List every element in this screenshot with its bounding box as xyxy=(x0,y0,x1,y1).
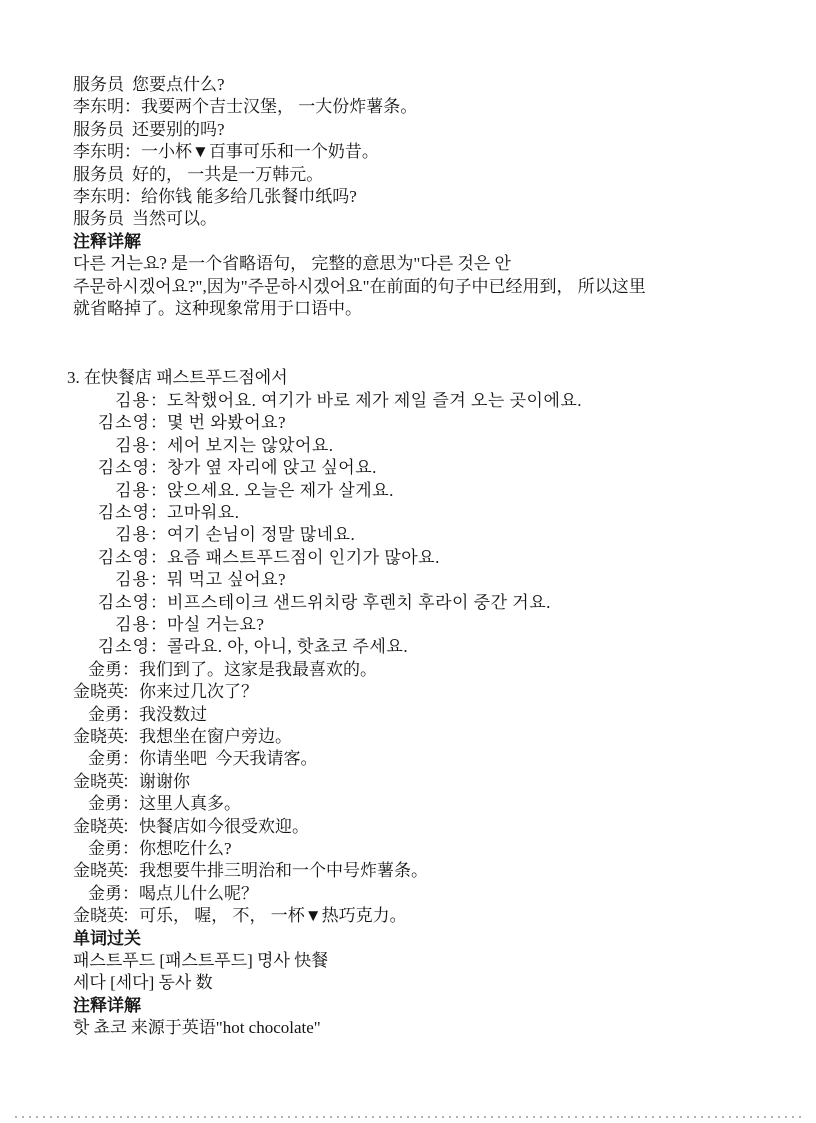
speaker-separator: ： xyxy=(122,860,139,882)
dialogue-line: 李东明 ： 一小杯▼百事可乐和一个奶昔。 xyxy=(73,141,796,163)
speaker-separator: ： xyxy=(122,704,139,726)
note2-heading: 注释详解 xyxy=(73,995,796,1017)
note-line: 핫 쵸코 来源于英语"hot chocolate" xyxy=(73,1017,796,1039)
korean-dialogue: 김용 ： 도착했어요. 여기가 바로 제가 제일 즐겨 오는 곳이에요. 김소영… xyxy=(73,390,796,659)
dotted-divider xyxy=(15,1116,801,1118)
speaker-name: 金勇 xyxy=(73,704,122,726)
speaker-separator: ： xyxy=(122,905,139,927)
dialogue-line: 服务员 还要别的吗? xyxy=(73,119,796,141)
speaker-separator: ： xyxy=(150,390,167,412)
speaker-name: 김소영 xyxy=(73,636,150,658)
speaker-separator: ： xyxy=(122,726,139,748)
speaker-separator: ： xyxy=(124,141,141,163)
speaker-name: 李东明 xyxy=(73,186,124,208)
dialogue-line: 李东明 ： 给你钱 能多给几张餐巾纸吗? xyxy=(73,186,796,208)
dialogue-line: 服务员 您要点什么? xyxy=(73,74,796,96)
dialogue-text: 这里人真多。 xyxy=(139,793,241,815)
dialogue-text: 콜라요. 아, 아니, 핫쵸코 주세요. xyxy=(167,636,408,658)
speaker-name: 김용 xyxy=(73,480,150,502)
vocab-entry: 세다 [세다] 동사 数 xyxy=(73,972,796,994)
speaker-separator: ： xyxy=(122,816,139,838)
speaker-name: 服务员 xyxy=(73,119,124,141)
speaker-separator: ： xyxy=(122,748,139,770)
dialogue-line: 服务员 当然可以。 xyxy=(73,208,796,230)
speaker-separator: ： xyxy=(150,502,167,524)
speaker-separator xyxy=(124,164,132,186)
dialogue-waiter-section: 服务员 您要点什么? 李东明 ： 我要两个吉士汉堡， 一大份炸薯条。 服务员 还… xyxy=(73,74,796,231)
dialogue-line: 김용 ： 뭐 먹고 싶어요? xyxy=(73,569,796,591)
dialogue-line: 金勇 ： 这里人真多。 xyxy=(73,793,796,815)
dialogue-text: 快餐店如今很受欢迎。 xyxy=(139,816,309,838)
dialogue-text: 몇 번 와봤어요? xyxy=(167,412,286,434)
speaker-name: 服务员 xyxy=(73,208,124,230)
speaker-separator: ： xyxy=(150,547,167,569)
note-line: 주문하시겠어요?",因为"주문하시겠어요"在前面的句子中已经用到， 所以这里 xyxy=(73,276,796,298)
section3-heading: 3. 在快餐店 패스트푸드점에서 xyxy=(67,367,796,389)
section-gap xyxy=(73,320,796,367)
dialogue-line: 金勇 ： 我没数过 xyxy=(73,704,796,726)
speaker-separator: ： xyxy=(122,771,139,793)
dialogue-text: 你想吃什么? xyxy=(139,838,232,860)
dialogue-text: 我想坐在窗户旁边。 xyxy=(139,726,292,748)
note1-heading: 注释详解 xyxy=(73,231,796,253)
dialogue-text: 您要点什么? xyxy=(132,74,225,96)
speaker-name: 金晓英 xyxy=(73,771,122,793)
dialogue-text: 可乐， 喔， 不， 一杯▼热巧克力。 xyxy=(139,905,407,927)
dialogue-text: 마실 거는요? xyxy=(167,614,264,636)
speaker-name: 金晓英 xyxy=(73,816,122,838)
dialogue-line: 김용 ： 도착했어요. 여기가 바로 제가 제일 즐겨 오는 곳이에요. xyxy=(73,390,796,412)
speaker-name: 金晓英 xyxy=(73,726,122,748)
dialogue-text: 여기 손님이 정말 많네요. xyxy=(167,524,355,546)
speaker-separator xyxy=(124,208,132,230)
speaker-name: 김소영 xyxy=(73,592,150,614)
speaker-name: 金晓英 xyxy=(73,860,122,882)
dialogue-text: 창가 옆 자리에 앉고 싶어요. xyxy=(167,457,377,479)
speaker-separator: ： xyxy=(150,480,167,502)
dialogue-line: 李东明 ： 我要两个吉士汉堡， 一大份炸薯条。 xyxy=(73,96,796,118)
dialogue-text: 我要两个吉士汉堡， 一大份炸薯条。 xyxy=(141,96,417,118)
dialogue-line: 金勇 ： 你想吃什么? xyxy=(73,838,796,860)
dialogue-line: 김용 ： 여기 손님이 정말 많네요. xyxy=(73,524,796,546)
speaker-name: 김소영 xyxy=(73,502,150,524)
speaker-name: 金勇 xyxy=(73,883,122,905)
speaker-separator: ： xyxy=(122,659,139,681)
dialogue-text: 给你钱 能多给几张餐巾纸吗? xyxy=(141,186,357,208)
dialogue-text: 一小杯▼百事可乐和一个奶昔。 xyxy=(141,141,379,163)
speaker-separator: ： xyxy=(150,524,167,546)
speaker-separator: ： xyxy=(150,457,167,479)
dialogue-line: 金晓英 ： 我想坐在窗户旁边。 xyxy=(73,726,796,748)
dialogue-text: 我想要牛排三明治和一个中号炸薯条。 xyxy=(139,860,428,882)
vocab-entry: 패스트푸드 [패스트푸드] 명사 快餐 xyxy=(73,950,796,972)
dialogue-line: 金晓英 ： 你来过几次了？ xyxy=(73,681,796,703)
notes-section-2: 핫 쵸코 来源于英语"hot chocolate" xyxy=(73,1017,796,1039)
dialogue-line: 服务员 好的， 一共是一万韩元。 xyxy=(73,164,796,186)
note-line: 다른 거는요? 是一个省略语句， 完整的意思为"다른 것은 안 xyxy=(73,253,796,275)
dialogue-text: 当然可以。 xyxy=(132,208,217,230)
speaker-name: 김용 xyxy=(73,569,150,591)
note-line: 就省略掉了。这种现象常用于口语中。 xyxy=(73,298,796,320)
speaker-separator: ： xyxy=(150,614,167,636)
speaker-name: 金勇 xyxy=(73,659,122,681)
dialogue-line: 金晓英 ： 我想要牛排三明治和一个中号炸薯条。 xyxy=(73,860,796,882)
speaker-separator: ： xyxy=(150,592,167,614)
dialogue-line: 김용 ： 앉으세요. 오늘은 제가 살게요. xyxy=(73,480,796,502)
dialogue-text: 앉으세요. 오늘은 제가 살게요. xyxy=(167,480,394,502)
speaker-name: 金勇 xyxy=(73,838,122,860)
dialogue-line: 김용 ： 세어 보지는 않았어요. xyxy=(73,435,796,457)
vocabulary-section: 패스트푸드 [패스트푸드] 명사 快餐 세다 [세다] 동사 数 xyxy=(73,950,796,995)
speaker-name: 김용 xyxy=(73,614,150,636)
dialogue-line: 金晓英 ： 谢谢你 xyxy=(73,771,796,793)
speaker-name: 김용 xyxy=(73,435,150,457)
speaker-separator xyxy=(124,74,132,96)
dialogue-text: 喝点儿什么呢？ xyxy=(139,883,258,905)
dialogue-text: 세어 보지는 않았어요. xyxy=(167,435,334,457)
dialogue-text: 我们到了。这家是我最喜欢的。 xyxy=(139,659,377,681)
speaker-name: 金晓英 xyxy=(73,905,122,927)
notes-section-1: 다른 거는요? 是一个省略语句， 完整的意思为"다른 것은 안 주문하시겠어요?… xyxy=(73,253,796,320)
dialogue-line: 金勇 ： 我们到了。这家是我最喜欢的。 xyxy=(73,659,796,681)
dialogue-text: 你请坐吧 今天我请客。 xyxy=(139,748,318,770)
dialogue-text: 你来过几次了？ xyxy=(139,681,258,703)
dialogue-line: 金勇 ： 喝点儿什么呢？ xyxy=(73,883,796,905)
speaker-name: 김소영 xyxy=(73,547,150,569)
speaker-name: 服务员 xyxy=(73,74,124,96)
speaker-separator: ： xyxy=(124,186,141,208)
dialogue-line: 김소영 ： 몇 번 와봤어요? xyxy=(73,412,796,434)
dialogue-text: 요즘 패스트푸드점이 인기가 많아요. xyxy=(167,547,440,569)
speaker-separator: ： xyxy=(150,435,167,457)
speaker-separator: ： xyxy=(122,681,139,703)
speaker-name: 金勇 xyxy=(73,793,122,815)
speaker-separator: ： xyxy=(150,636,167,658)
dialogue-line: 김소영 ： 요즘 패스트푸드점이 인기가 많아요. xyxy=(73,547,796,569)
page-content: 服务员 您要点什么? 李东明 ： 我要两个吉士汉堡， 一大份炸薯条。 服务员 还… xyxy=(73,74,796,1040)
speaker-separator: ： xyxy=(122,793,139,815)
dialogue-text: 还要别的吗? xyxy=(132,119,225,141)
dialogue-line: 김용 ： 마실 거는요? xyxy=(73,614,796,636)
speaker-name: 김소영 xyxy=(73,457,150,479)
document-page: 服务员 您要点什么? 李东明 ： 我要两个吉士汉堡， 一大份炸薯条。 服务员 还… xyxy=(0,0,816,1123)
speaker-name: 李东明 xyxy=(73,141,124,163)
chinese-dialogue: 金勇 ： 我们到了。这家是我最喜欢的。 金晓英 ： 你来过几次了？ 金勇 ： 我… xyxy=(73,659,796,928)
dialogue-text: 도착했어요. 여기가 바로 제가 제일 즐겨 오는 곳이에요. xyxy=(167,390,582,412)
dialogue-text: 뭐 먹고 싶어요? xyxy=(167,569,286,591)
speaker-separator xyxy=(124,119,132,141)
dialogue-text: 고마워요. xyxy=(167,502,239,524)
speaker-name: 金勇 xyxy=(73,748,122,770)
speaker-separator: ： xyxy=(122,838,139,860)
dialogue-line: 金勇 ： 你请坐吧 今天我请客。 xyxy=(73,748,796,770)
dialogue-text: 谢谢你 xyxy=(139,771,190,793)
speaker-name: 김소영 xyxy=(73,412,150,434)
speaker-name: 李东明 xyxy=(73,96,124,118)
dialogue-text: 비프스테이크 샌드위치랑 후렌치 후라이 중간 거요. xyxy=(167,592,551,614)
dialogue-text: 我没数过 xyxy=(139,704,207,726)
dialogue-line: 김소영 ： 콜라요. 아, 아니, 핫쵸코 주세요. xyxy=(73,636,796,658)
dialogue-line: 金晓英 ： 可乐， 喔， 不， 一杯▼热巧克力。 xyxy=(73,905,796,927)
speaker-separator: ： xyxy=(124,96,141,118)
dialogue-text: 好的， 一共是一万韩元。 xyxy=(132,164,323,186)
speaker-name: 김용 xyxy=(73,524,150,546)
speaker-name: 服务员 xyxy=(73,164,124,186)
dialogue-line: 金晓英 ： 快餐店如今很受欢迎。 xyxy=(73,816,796,838)
speaker-name: 金晓英 xyxy=(73,681,122,703)
dialogue-line: 김소영 ： 고마워요. xyxy=(73,502,796,524)
vocab-heading: 单词过关 xyxy=(73,928,796,950)
speaker-separator: ： xyxy=(122,883,139,905)
dialogue-line: 김소영 ： 비프스테이크 샌드위치랑 후렌치 후라이 중간 거요. xyxy=(73,592,796,614)
speaker-separator: ： xyxy=(150,569,167,591)
speaker-separator: ： xyxy=(150,412,167,434)
dialogue-line: 김소영 ： 창가 옆 자리에 앉고 싶어요. xyxy=(73,457,796,479)
speaker-name: 김용 xyxy=(73,390,150,412)
